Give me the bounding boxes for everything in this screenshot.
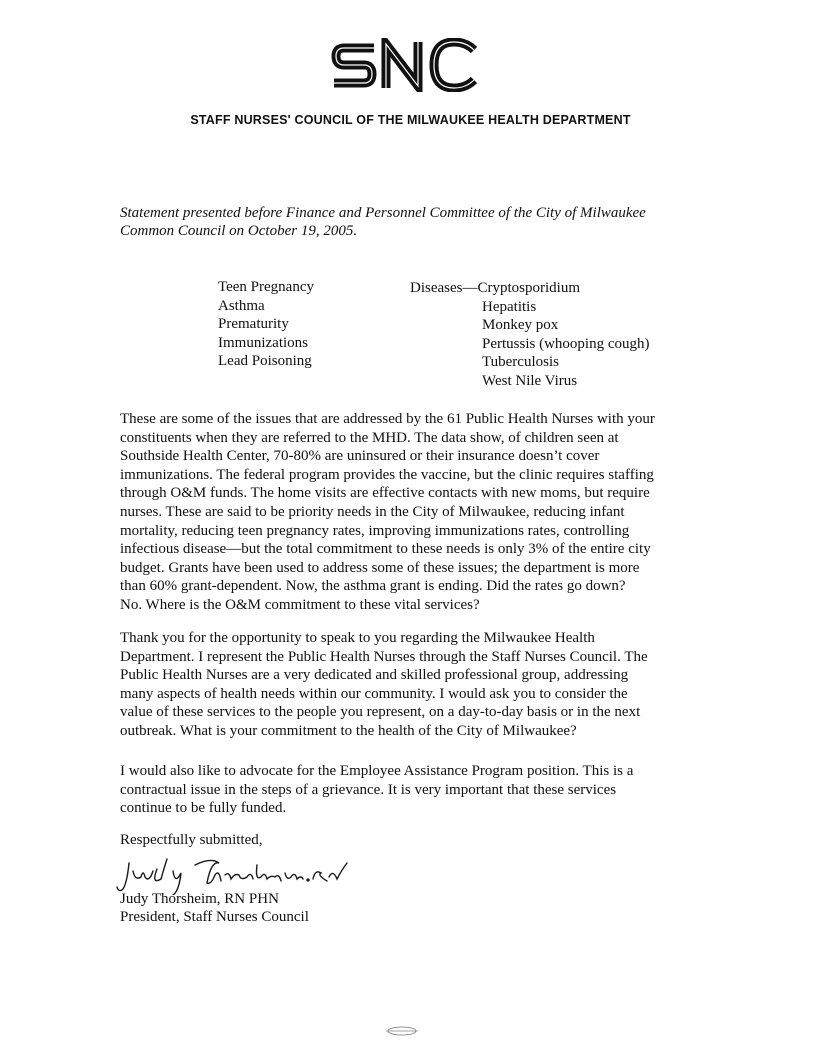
text-line: Department. I represent the Public Healt… <box>120 648 710 667</box>
disease-item: Pertussis (whooping cough) <box>410 335 650 354</box>
signer-title: President, Staff Nurses Council <box>120 908 309 927</box>
text-line: Thank you for the opportunity to speak t… <box>120 629 710 648</box>
closing-salutation: Respectfully submitted, <box>120 832 262 849</box>
text-line: These are some of the issues that are ad… <box>120 410 710 429</box>
text-line: constituents when they are referred to t… <box>120 429 710 448</box>
issue-item: Prematurity <box>218 315 314 334</box>
signer-name: Judy Thorsheim, RN PHN <box>120 890 279 909</box>
text-line: many aspects of health needs within our … <box>120 685 710 704</box>
text-line: than 60% grant-dependent. Now, the asthm… <box>120 577 710 596</box>
text-line: contractual issue in the steps of a grie… <box>120 781 710 800</box>
disease-item: Monkey pox <box>410 316 650 335</box>
issues-list: Teen Pregnancy Asthma Prematurity Immuni… <box>218 278 314 371</box>
text-line: budget. Grants have been used to address… <box>120 559 710 578</box>
text-line: continue to be fully funded. <box>120 799 710 818</box>
paragraph-eap: I would also like to advocate for the Em… <box>120 762 710 818</box>
issue-item: Lead Poisoning <box>218 352 314 371</box>
statement-line: Common Council on October 19, 2005. <box>120 222 720 240</box>
text-line: Public Health Nurses are a very dedicate… <box>120 666 710 685</box>
organization-name: STAFF NURSES' COUNCIL OF THE MILWAUKEE H… <box>0 113 815 127</box>
disease-item: Hepatitis <box>410 298 650 317</box>
diseases-label: Diseases— <box>410 280 478 296</box>
statement-line: Statement presented before Finance and P… <box>120 204 720 222</box>
snc-logo-icon <box>330 38 480 92</box>
issue-item: Teen Pregnancy <box>218 278 314 297</box>
statement-heading: Statement presented before Finance and P… <box>120 204 720 240</box>
text-line: outbreak. What is your commitment to the… <box>120 722 710 741</box>
text-line: No. Where is the O&M commitment to these… <box>120 596 710 615</box>
text-line: through O&M funds. The home visits are e… <box>120 484 710 503</box>
text-line: immunizations. The federal program provi… <box>120 466 710 485</box>
disease-item: Cryptosporidium <box>478 280 581 296</box>
diseases-list: Diseases—Cryptosporidium Hepatitis Monke… <box>410 279 650 391</box>
issue-item: Asthma <box>218 297 314 316</box>
disease-item: Tuberculosis <box>410 353 650 372</box>
text-line: mortality, reducing teen pregnancy rates… <box>120 522 710 541</box>
text-line: nurses. These are said to be priority ne… <box>120 503 710 522</box>
disease-item: West Nile Virus <box>410 372 650 391</box>
text-line: Southside Health Center, 70-80% are unin… <box>120 447 710 466</box>
issue-item: Immunizations <box>218 334 314 353</box>
text-line: value of these services to the people yo… <box>120 703 710 722</box>
union-bug-icon <box>382 1024 422 1038</box>
text-line: I would also like to advocate for the Em… <box>120 762 710 781</box>
text-line: infectious disease—but the total commitm… <box>120 540 710 559</box>
paragraph-thanks: Thank you for the opportunity to speak t… <box>120 629 710 741</box>
handwritten-signature-icon <box>115 855 355 895</box>
paragraph-issues: These are some of the issues that are ad… <box>120 410 710 615</box>
